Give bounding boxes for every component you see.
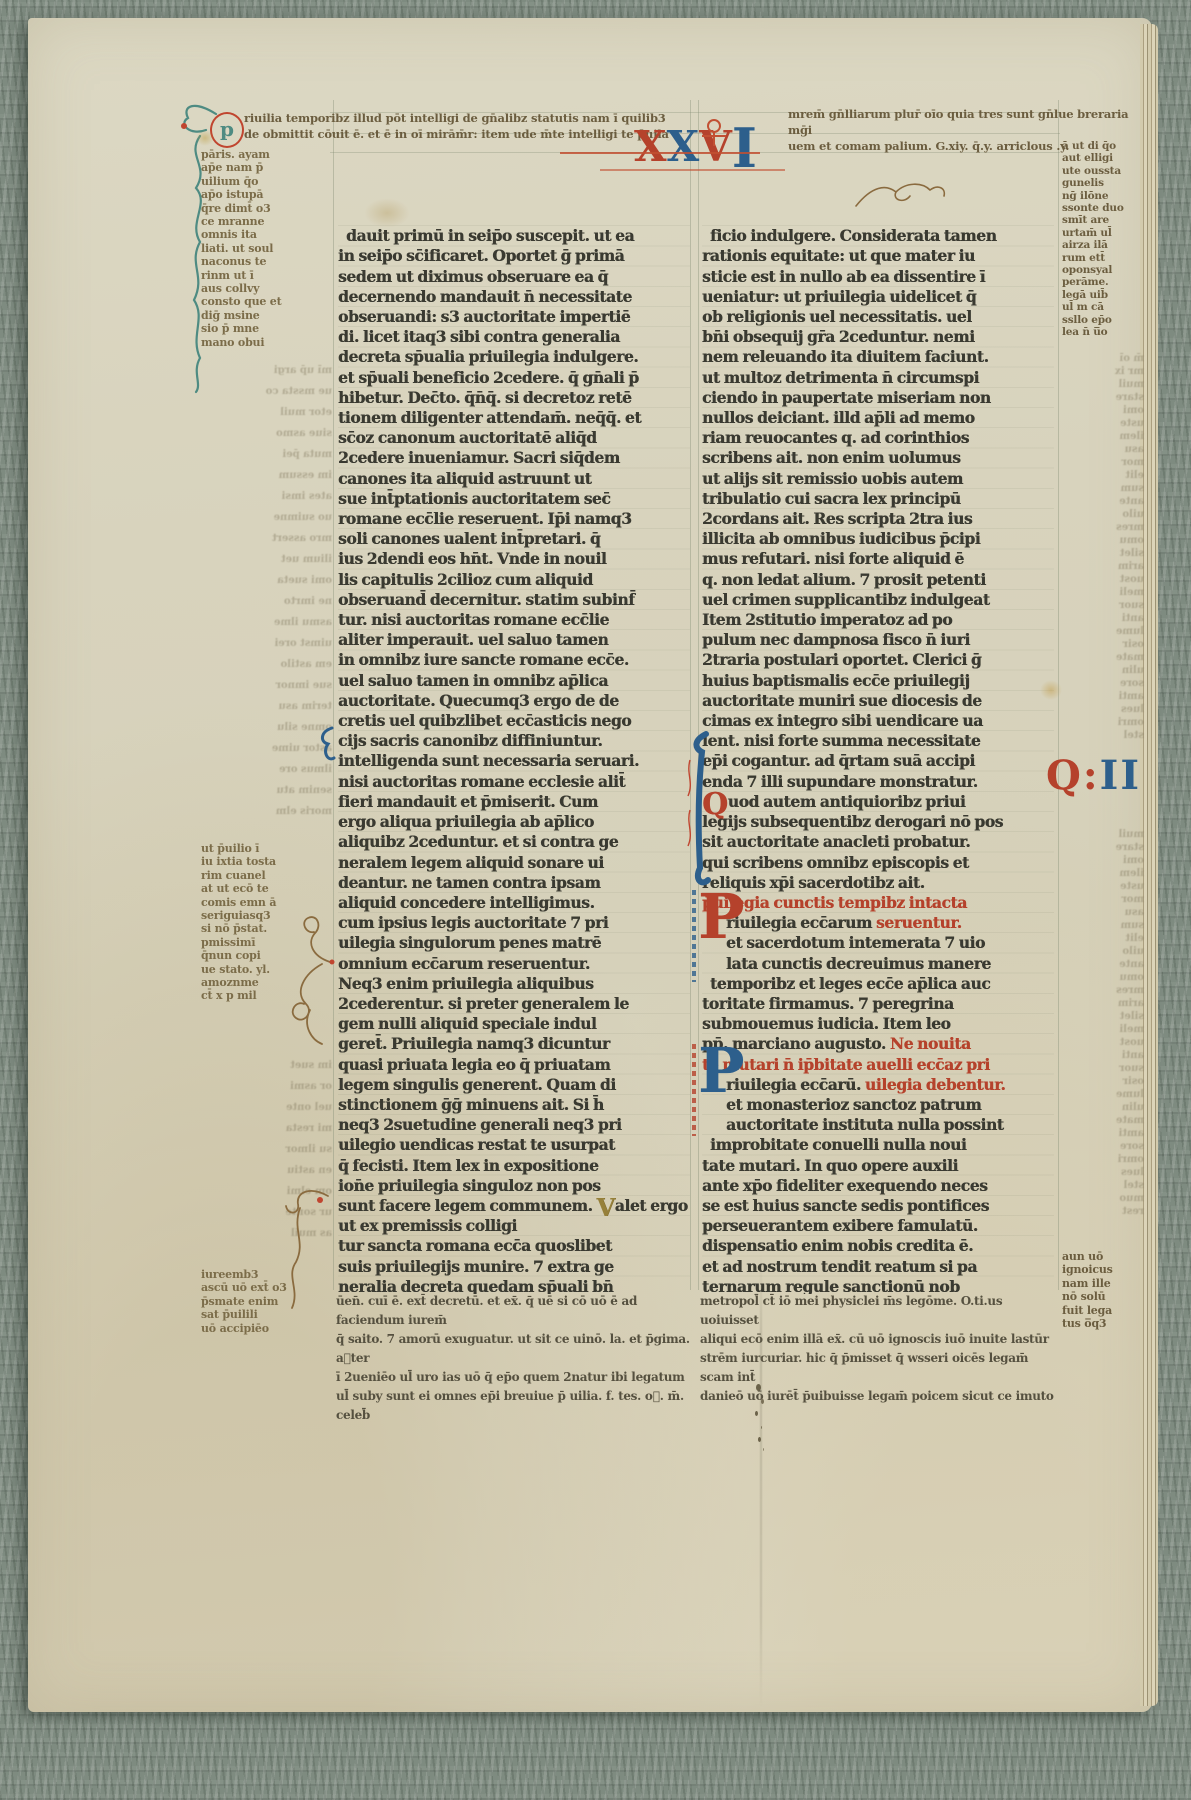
column-text: uod autem antiquioribz priui legijs subs… bbox=[702, 792, 1003, 892]
photo-backdrop-fabric: { "manuscript": { "colors": { "parchment… bbox=[0, 0, 1191, 1800]
showthrough-text: mī up̄ argi ue mssta co etor muil siue a… bbox=[204, 360, 332, 828]
numeral-flourish-line bbox=[600, 169, 785, 171]
numeral-doodle-figure bbox=[694, 116, 734, 156]
filigree-red bbox=[692, 1044, 696, 1136]
parchment-stain bbox=[364, 198, 410, 228]
ink-specks bbox=[756, 1384, 761, 1391]
rubric-text: uilegia debentur. bbox=[865, 1075, 1006, 1094]
showthrough-text: muil stare omi ilem uste mor asu sum eli… bbox=[1086, 828, 1144, 1232]
right-margin-gloss-bottom: aun uō ignoicus nam ille nō solū fuit le… bbox=[1062, 1250, 1152, 1330]
ruling-line bbox=[690, 100, 691, 1290]
vine-flourish-neque bbox=[282, 898, 338, 1048]
valet-initial: V bbox=[596, 1193, 614, 1222]
text-column-right: ficio indulgere. Considerata tamen ratio… bbox=[702, 206, 1054, 1294]
parchment-stain bbox=[196, 130, 214, 146]
left-margin-gloss-top: pāris. ayam ap̄e nam p̄ uilium q̄o ap̄o … bbox=[201, 148, 333, 349]
foot-gloss-left: ūen̄. cuī ē. ext̄ decretū. et ex̄. q̄ uē… bbox=[336, 1292, 692, 1425]
numeral-letter: X bbox=[634, 126, 667, 168]
leaf-flourish-considerata bbox=[852, 180, 948, 212]
privilegia-initial-red-P: P bbox=[698, 888, 744, 946]
parchment-stain bbox=[1040, 680, 1062, 700]
column-text: dauit primū in seip̄o suscepit. ut ea in… bbox=[338, 226, 641, 1215]
filigree-blue bbox=[692, 890, 696, 982]
header-gloss-left: riuilia temporibz illud pōt intelligi de… bbox=[244, 110, 676, 142]
showthrough-text: m̄ oī mr ix muil stare omi uste ilem asu… bbox=[1086, 352, 1144, 744]
column-text: et monasterioz sanctoz patrum auctoritat… bbox=[702, 1095, 1004, 1294]
questio-numeral: II bbox=[1100, 752, 1141, 799]
privilegia-initial-blue-P: P bbox=[698, 1042, 744, 1100]
paraph-flourish-intelligenda bbox=[314, 724, 338, 764]
text-column-left: dauit primū in seip̄o suscepit. ut ea in… bbox=[338, 206, 690, 1294]
vine-flourish-valet bbox=[276, 1178, 336, 1318]
numeral-letter: I bbox=[732, 127, 757, 169]
ruling-line bbox=[333, 100, 334, 1290]
questio-letter: Q bbox=[1046, 752, 1083, 799]
column-text: ficio indulgere. Considerata tamen ratio… bbox=[702, 226, 997, 790]
right-margin-gloss-top: ā ut di q̄o aut elligi ute oussta guneli… bbox=[1062, 140, 1154, 339]
ruling-line bbox=[698, 100, 699, 1290]
questio-separator: : bbox=[1083, 752, 1100, 799]
tall-blue-I-initial bbox=[684, 730, 714, 890]
parchment-crease bbox=[760, 1255, 762, 1707]
foot-gloss-right: metropol̄ ct̄ iō mei physiclei m̄s legōm… bbox=[700, 1292, 1056, 1406]
rubric-text: seruentur. bbox=[876, 913, 962, 932]
questio-II-mark: Q:II bbox=[1046, 756, 1141, 796]
